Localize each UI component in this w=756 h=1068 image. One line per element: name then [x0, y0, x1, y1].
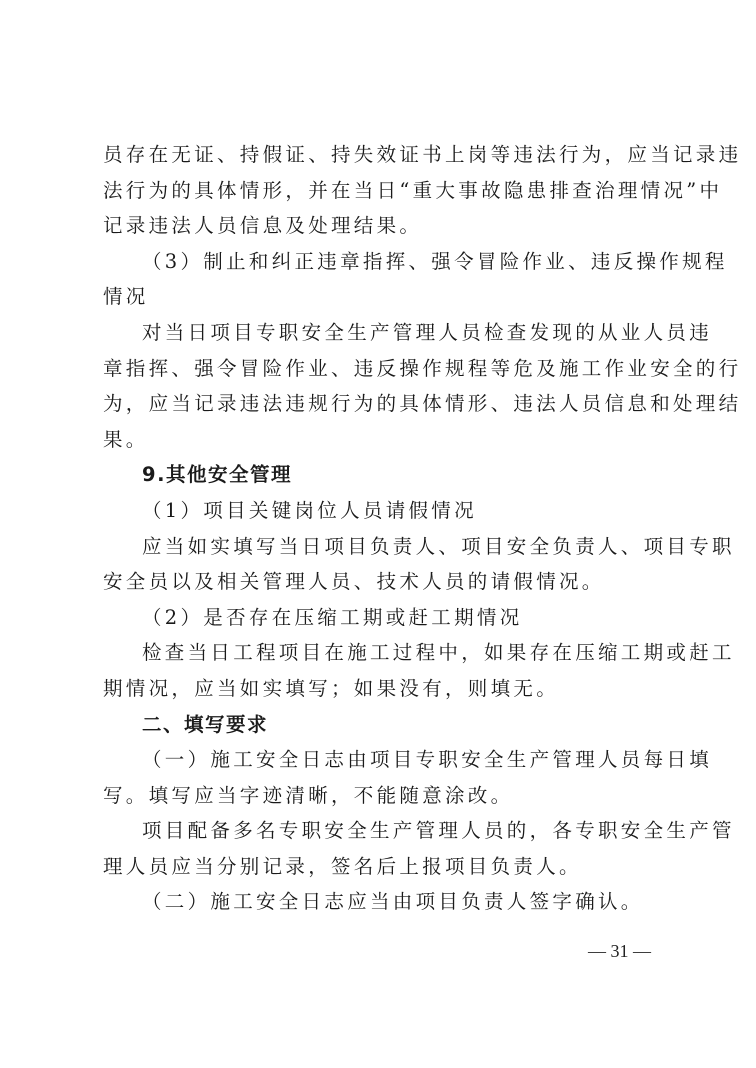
paragraph-line: 对当日项目专职安全生产管理人员检查发现的从业人员违 [103, 315, 663, 351]
section-heading: 二、填写要求 [103, 707, 663, 743]
paragraph-line: （一）施工安全日志由项目专职安全生产管理人员每日填 [103, 742, 663, 778]
paragraph-line: 员存在无证、持假证、持失效证书上岗等违法行为，应当记录违 [103, 137, 663, 173]
paragraph-line: 为，应当记录违法违规行为的具体情形、违法人员信息和处理结 [103, 386, 663, 422]
paragraph-line: 法行为的具体情形，并在当日“重大事故隐患排查治理情况”中 [103, 173, 663, 209]
paragraph-line: 安全员以及相关管理人员、技术人员的请假情况。 [103, 564, 663, 600]
paragraph-line: 项目配备多名专职安全生产管理人员的，各专职安全生产管 [103, 813, 663, 849]
subsection-title-continued: 情况 [103, 279, 663, 315]
subsection-title: （2）是否存在压缩工期或赶工期情况 [103, 600, 663, 636]
paragraph-line: 记录违法人员信息及处理结果。 [103, 208, 663, 244]
page-number: — 31 — [588, 938, 668, 964]
paragraph-line: 写。填写应当字迹清晰，不能随意涂改。 [103, 778, 663, 814]
paragraph-line: 理人员应当分别记录，签名后上报项目负责人。 [103, 849, 663, 885]
body-text: 员存在无证、持假证、持失效证书上岗等违法行为，应当记录违 法行为的具体情形，并在… [103, 137, 663, 920]
paragraph-line: 期情况，应当如实填写；如果没有，则填无。 [103, 671, 663, 707]
document-page: 员存在无证、持假证、持失效证书上岗等违法行为，应当记录违 法行为的具体情形，并在… [0, 0, 756, 1068]
section-heading: 9.其他安全管理 [103, 457, 663, 493]
subsection-title: （1）项目关键岗位人员请假情况 [103, 493, 663, 529]
paragraph-line: 检查当日工程项目在施工过程中，如果存在压缩工期或赶工 [103, 635, 663, 671]
paragraph-line: 应当如实填写当日项目负责人、项目安全负责人、项目专职 [103, 529, 663, 565]
paragraph-line: 章指挥、强令冒险作业、违反操作规程等危及施工作业安全的行 [103, 351, 663, 387]
paragraph-line: 果。 [103, 422, 663, 458]
subsection-title: （3）制止和纠正违章指挥、强令冒险作业、违反操作规程 [103, 244, 663, 280]
paragraph-line: （二）施工安全日志应当由项目负责人签字确认。 [103, 884, 663, 920]
